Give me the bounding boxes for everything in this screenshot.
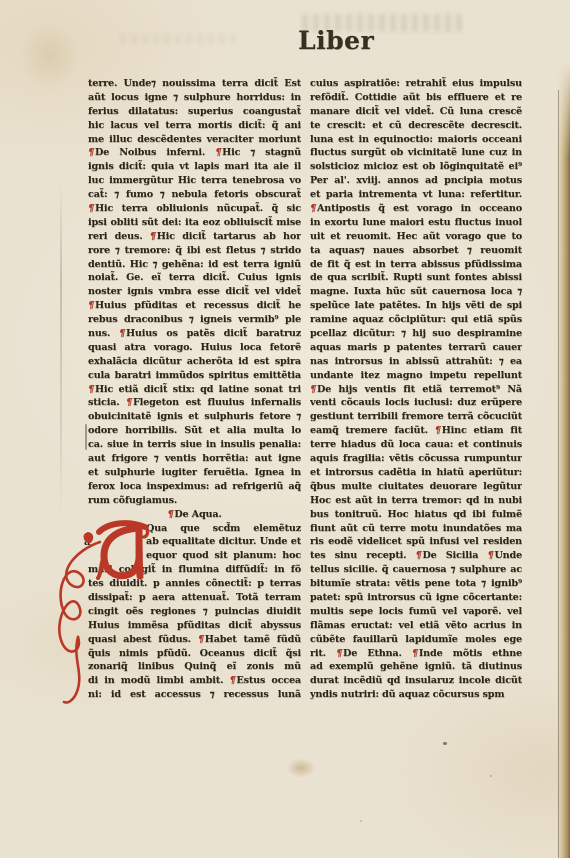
text-line: fluctus surgũt ob vicinitatẽ lune cuz in bbox=[310, 146, 522, 160]
running-title: Liber bbox=[298, 26, 374, 55]
text-line: Per al'. xviij. annos ad pncipia motus bbox=[310, 174, 522, 188]
pilcrow-rubric-mark: ¶ bbox=[310, 384, 317, 395]
text-line: ¶De hijs ventis fit etiã terremot⁹ Nã bbox=[310, 383, 522, 397]
text-line: rum cõfugiamus. bbox=[88, 494, 301, 508]
text-line: undante itez magno impetu repellunt bbox=[310, 369, 522, 383]
pilcrow-rubric-mark: ¶ bbox=[126, 397, 133, 408]
text-line: exhalãcia dicũtur acherõta id est spira bbox=[88, 355, 301, 369]
text-line: in exortu lune maiori estu fluctus inuol bbox=[310, 216, 522, 230]
text-line: solsticioz micioz est ob lõginquitatẽ ei… bbox=[310, 160, 522, 174]
text-line: Huius immẽsa pfũditas dicit̃ abyssus bbox=[88, 619, 301, 633]
text-line: di in modũ limbi ambit. ¶Estus occea bbox=[88, 674, 301, 688]
pilcrow-rubric-mark: ¶ bbox=[415, 550, 422, 561]
text-line: ferius dilatatus: superius coangustat̃ bbox=[88, 105, 301, 119]
text-line: gestiunt terribili fremore terrã cõcuciũ… bbox=[310, 410, 522, 424]
text-line: ramine aquaz cõcipiũtur: qui etiã spũs bbox=[310, 313, 522, 327]
speck bbox=[490, 775, 492, 777]
paper-crease bbox=[60, 182, 62, 518]
text-line: te crescit: et cũ decrescẽte decrescit. … bbox=[310, 119, 522, 133]
text-line: zonariq̃ linibus Quinq̃ eĩ zonis mũ bbox=[88, 660, 301, 674]
text-line: noster ignis vmbra esse dicit̃ vel videt… bbox=[88, 285, 301, 299]
text-line: pcellaz dicũtur: ⁊ hij suo despiramine bbox=[310, 327, 522, 341]
text-line: dentiũ. Hic ⁊ gehẽna: id est terra igniũ bbox=[88, 258, 301, 272]
text-line: multis sepe locis fumũ vel vaporẽ. vel bbox=[310, 605, 522, 619]
text-line: magne. Iuxta hũc sũt cauernosa loca ⁊ bbox=[310, 285, 522, 299]
text-line: q̃bus multe ciuitates deuorare legũtur bbox=[310, 480, 522, 494]
pilcrow-rubric-mark: ¶ bbox=[119, 328, 126, 339]
text-line: flãmas eructat: vel etiã vẽto acrius in bbox=[310, 619, 522, 633]
text-line: rore ⁊ tremore: q̃ ibi est fletus ⁊ stri… bbox=[88, 244, 301, 258]
text-line: ipsi obliti sũt dei: ita eoz obliuiscit̃… bbox=[88, 216, 301, 230]
pilcrow-rubric-mark: ¶ bbox=[167, 509, 174, 520]
text-line: uit et reuomit. Hec aũt vorago que to bbox=[310, 230, 522, 244]
text-line: cingit oẽs regiones ⁊ puincias diuidit bbox=[88, 605, 301, 619]
text-line: ni: id est accessus ⁊ recessus lunã seq̃… bbox=[88, 688, 301, 702]
text-line: de fit q̃ est in terra abissus pfũdissim… bbox=[310, 258, 522, 272]
text-line: nas introrsus in abissũ attrahũt: ⁊ ea bbox=[310, 355, 522, 369]
text-line: dissipat̃: p aera attenuat̃. Totã terram bbox=[88, 591, 301, 605]
text-line: cũbẽte fauillarũ lapidumĩe moles ege bbox=[310, 633, 522, 647]
text-line: cuius aspiratiõe: retrahit̃ eius impulsu bbox=[310, 77, 522, 91]
text-line: refõdit̃. Cottidie aũt bis effluere et r… bbox=[310, 91, 522, 105]
text-line: ignis dicit̃: quia vt lapis mari ita aie… bbox=[88, 160, 301, 174]
text-line: venti cõcauis locis iuclusi: duz erũpere bbox=[310, 396, 522, 410]
text-line: ad exemplũ gehẽne igniũ. tã diutinus bbox=[310, 660, 522, 674]
text-column-right: cuius aspiratiõe: retrahit̃ eius impulsu… bbox=[310, 77, 522, 702]
text-line: Hoc est aũt in terra tremor: qd in nubi bbox=[310, 494, 522, 508]
text-line: aut frigore ⁊ ventis horrẽtia: aut igne bbox=[88, 452, 301, 466]
text-line: ¶De Noibus inferni. ¶Hic ⁊ stagnũ bbox=[88, 146, 301, 160]
text-line: tellus sicilie. q̃ cauernosa ⁊ sulphure … bbox=[310, 563, 522, 577]
text-line: et introrsus cadẽtia in hiatũ aperiũtur: bbox=[310, 466, 522, 480]
text-line: et sulphurie iugiter feruẽtia. Ignea in bbox=[88, 466, 301, 480]
pilcrow-rubric-mark: ¶ bbox=[310, 203, 317, 214]
text-line: noiat̃. Ge. eĩ terra dicit̃. Cuius ignis bbox=[88, 271, 301, 285]
text-line: q̃uis nimis pfũdũ. Oceanus dicit̃ q̃si bbox=[88, 647, 301, 661]
text-line: cat̃: ⁊ fumo ⁊ nebula fetoris obscurat̃ bbox=[88, 188, 301, 202]
text-line: cula baratri immũdos spiritus emittẽtia bbox=[88, 369, 301, 383]
text-line: ferox loca inspeximus: ad refrigeriũ aq̃ bbox=[88, 480, 301, 494]
text-line: spelũce late patẽtes. In hijs vẽti de sp… bbox=[310, 299, 522, 313]
text-line: yndis nutriri: dũ aquaz cõcursus spm bbox=[310, 688, 522, 702]
text-line: terre hiadus dũ loca caua: et continuis bbox=[310, 438, 522, 452]
text-line: nus. ¶Huius os patẽs dicit̃ baratruz bbox=[88, 327, 301, 341]
text-line: quasi abest fũdus. ¶Habet tamẽ fũdũ bbox=[88, 633, 301, 647]
speck bbox=[443, 742, 447, 745]
manuscript-page: Liber terre. Unde⁊ nouissima terra dicit… bbox=[0, 0, 570, 858]
text-line: me illuc descẽdentes veraciter moriunt bbox=[88, 133, 301, 147]
page-fore-edge-line bbox=[558, 90, 559, 858]
text-line: durat incẽdiũ qd insularuz incole dicũt bbox=[310, 674, 522, 688]
pilcrow-rubric-mark: ¶ bbox=[150, 231, 157, 242]
pilcrow-rubric-mark: ¶ bbox=[88, 203, 95, 214]
initial-flourish bbox=[54, 528, 108, 710]
text-line: reri deus. ¶Hic dicit̃ tartarus ab hor bbox=[88, 230, 301, 244]
pilcrow-rubric-mark: ¶ bbox=[88, 300, 95, 311]
flourish-icon bbox=[54, 528, 108, 710]
text-line: terre. Unde⁊ nouissima terra dicit̃ Est bbox=[88, 77, 301, 91]
text-line: eamq̃ tremere faciũt. ¶Hinc etiam fit bbox=[310, 424, 522, 438]
text-line: tes sinu recepti. ¶De Sicilia ¶Unde bbox=[310, 549, 522, 563]
pilcrow-rubric-mark: ¶ bbox=[336, 648, 343, 659]
text-line: patet: spũ introrsus cũ igne cõcertante: bbox=[310, 591, 522, 605]
text-line: rit. ¶De Ethna. ¶Inde mõtis ethne bbox=[310, 647, 522, 661]
pilcrow-rubric-mark: ¶ bbox=[229, 675, 236, 686]
text-line: ¶Huius pfũditas et recessus dicit̃ he bbox=[88, 299, 301, 313]
text-line: sticia. ¶Flegeton est fluuius infernalis bbox=[88, 396, 301, 410]
text-line: aũt locus igne ⁊ sulphure horridus: in bbox=[88, 91, 301, 105]
text-line: rebus draconibus ⁊ igneis vermib⁹ ple bbox=[88, 313, 301, 327]
text-line: quasi atra vorago. Huius loca fetorẽ bbox=[88, 341, 301, 355]
pilcrow-rubric-mark: ¶ bbox=[412, 648, 419, 659]
ink-mark bbox=[85, 424, 87, 450]
speck bbox=[360, 820, 362, 822]
text-line: ¶Antipostis q̃ est vorago in occeano bbox=[310, 202, 522, 216]
text-line: manare dicit̃ vel videt̃. Cũ luna crescẽ bbox=[310, 105, 522, 119]
text-line: bitumĩe strata: vẽtis pene tota ⁊ ignib⁹ bbox=[310, 577, 522, 591]
stain bbox=[286, 758, 316, 778]
text-line: et paria intrementa vt luna: refertitur. bbox=[310, 188, 522, 202]
pilcrow-rubric-mark: ¶ bbox=[88, 147, 95, 158]
text-line: de qua scribit̃. Rupti sunt fontes abiss… bbox=[310, 271, 522, 285]
pilcrow-rubric-mark: ¶ bbox=[215, 147, 222, 158]
pilcrow-rubric-mark: ¶ bbox=[487, 550, 494, 561]
page-header: Liber bbox=[0, 24, 570, 64]
text-line: aquas maris p patentes terrarũ cauer bbox=[310, 341, 522, 355]
text-line: ¶Hic terra obliuionis nũcupat̃. q̃ sic bbox=[88, 202, 301, 216]
pilcrow-rubric-mark: ¶ bbox=[198, 634, 205, 645]
text-line: luc immergũtur Hic terra tenebrosa vo bbox=[88, 174, 301, 188]
text-line: bus tonitruũ. Hoc hiatus qd ibi fulmẽ bbox=[310, 508, 522, 522]
text-line: ca. siue in terris siue in insulis penal… bbox=[88, 438, 301, 452]
text-line: ris eodẽ videlicet spũ infusi vel reside… bbox=[310, 535, 522, 549]
stain bbox=[20, 22, 80, 92]
flourish-teardrop bbox=[84, 532, 94, 543]
text-column-left: terre. Unde⁊ nouissima terra dicit̃ Esta… bbox=[88, 77, 301, 702]
text-line: ta aquas⁊ naues absorbet ⁊ reuomit bbox=[310, 244, 522, 258]
pilcrow-rubric-mark: ¶ bbox=[435, 425, 442, 436]
text-line: ¶Hic etiã dicit̃ stix: qd latine sonat t… bbox=[88, 383, 301, 397]
text-line: odore horribilis. Sũt et alia multa lo bbox=[88, 424, 301, 438]
text-line: luna est in equinoctio: maioris occeani bbox=[310, 133, 522, 147]
text-line: hic lacus vel terra mortis dicit̃: q̃ an… bbox=[88, 119, 301, 133]
text-line: fiunt aũt cũ terre motu inundatões ma bbox=[310, 522, 522, 536]
text-line: obuicinitatẽ ignis et sulphuris fetore ⁊ bbox=[88, 410, 301, 424]
text-line: aquis fragilia: vẽtis cõcussa rumpuntur bbox=[310, 452, 522, 466]
pilcrow-rubric-mark: ¶ bbox=[88, 384, 95, 395]
